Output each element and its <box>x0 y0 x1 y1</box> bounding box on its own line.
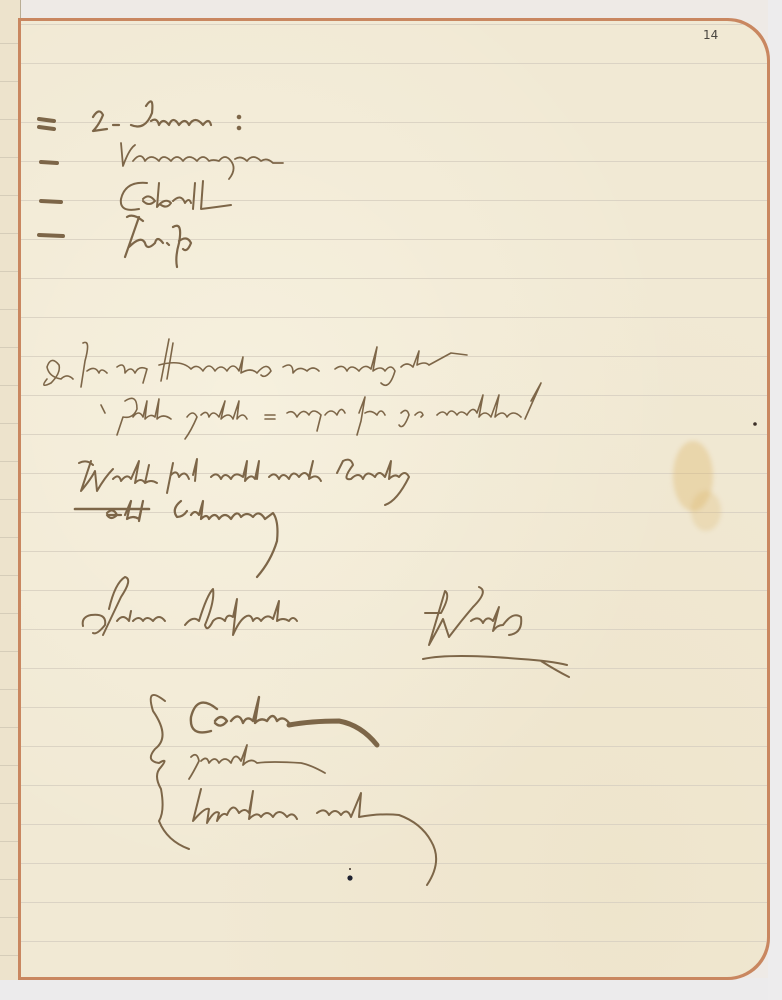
note-line-3 <box>75 459 409 509</box>
ink-dot <box>753 422 757 426</box>
note-line-2 <box>101 383 541 439</box>
paint-sienna <box>93 101 240 131</box>
notebook-page: 14 <box>21 21 767 977</box>
background-right <box>768 0 782 1000</box>
paint-cobalt <box>121 181 231 210</box>
list-casseler <box>191 697 377 745</box>
ink-blot <box>347 875 352 880</box>
paint-weiss <box>125 216 191 267</box>
tally-marks <box>39 119 63 236</box>
heading-line <box>83 577 569 677</box>
note-line-1 <box>44 339 467 387</box>
handwriting <box>21 21 767 977</box>
facing-page-rules <box>0 0 19 980</box>
list-umbra-nat <box>193 789 436 885</box>
note-line-4 <box>107 501 278 577</box>
paint-veronesegruen <box>121 143 283 179</box>
background-bottom <box>0 978 782 1000</box>
bracket <box>151 695 189 849</box>
list-gaude <box>189 745 325 779</box>
